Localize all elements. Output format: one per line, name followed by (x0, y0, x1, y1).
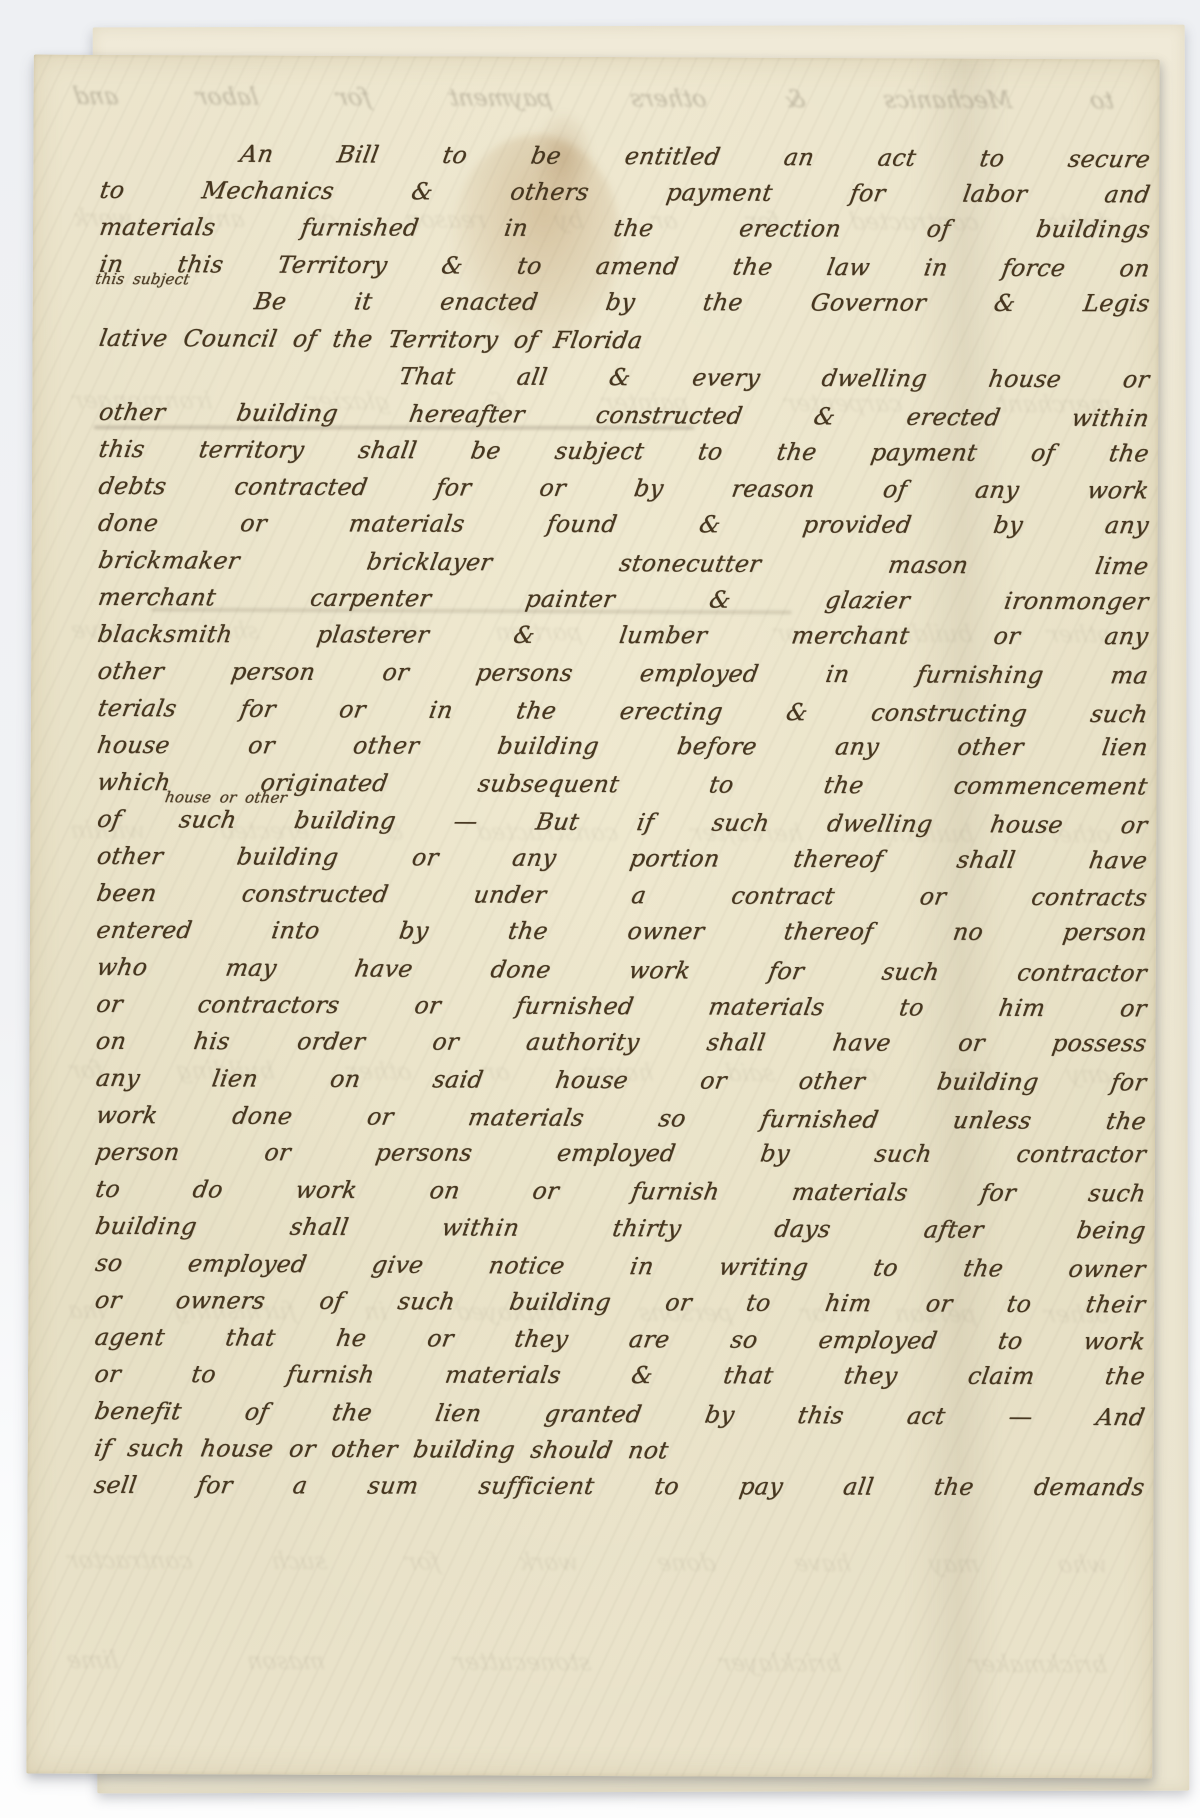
manuscript-line: merchant carpenter painter & glazier iro… (95, 579, 1151, 621)
manuscript-line: to Mechanics & others payment for labor … (97, 172, 1153, 214)
manuscript-page: to Mechanics & others payment for labor … (26, 55, 1159, 1779)
manuscript-line: blacksmith plasterer & lumber merchant o… (95, 616, 1151, 655)
manuscript-line: if such house or other building should n… (92, 1430, 1148, 1472)
manuscript-line: on his order or authority shall have or … (93, 1023, 1149, 1062)
manuscript-line: house or other building before any other… (95, 727, 1151, 766)
manuscript-line: been constructed under a contract or con… (94, 875, 1150, 917)
manuscript-line: person or persons employed by such contr… (93, 1134, 1149, 1173)
manuscript-line: or to furnish materials & that they clai… (92, 1356, 1148, 1395)
manuscript-line: agent that he or they are so employed to… (92, 1319, 1148, 1361)
manuscript-line: other person or persons employed in furn… (95, 653, 1151, 695)
manuscript-line: materials furnished in the erection of b… (97, 209, 1153, 248)
manuscript-line: sell for a sum sufficient to pay all the… (91, 1467, 1147, 1506)
manuscript-line: or owners of such building or to him or … (92, 1282, 1148, 1324)
manuscript-line: That all & every dwelling house or (96, 357, 1152, 399)
manuscript-line: this territory shall be subject to the p… (96, 431, 1152, 473)
manuscript-text: An Bill to be entitled an act to securet… (91, 135, 1147, 1509)
manuscript-line: done or materials found & provided by an… (96, 505, 1152, 544)
manuscript-line: entered into by the owner thereof no per… (94, 912, 1150, 951)
manuscript-line: to do work on or furnish materials for s… (93, 1171, 1149, 1213)
manuscript-line: or contractors or furnished materials to… (94, 986, 1150, 1028)
manuscript-line: lative Council of the Territory of Flori… (96, 320, 1152, 362)
manuscript-line: debts contracted for or by reason of any… (96, 468, 1152, 510)
scanned-document-view: to Mechanics & others payment for labor … (0, 0, 1200, 1818)
manuscript-line: any lien on said house or other building… (93, 1060, 1149, 1102)
manuscript-line: building shall within thirty days after … (93, 1208, 1149, 1250)
manuscript-line: other building or any portion thereof sh… (94, 838, 1150, 880)
manuscript-line: in this Territory & to amend the law in … (97, 246, 1153, 288)
manuscript-line: Be it enacted by the Governor & Legis (97, 283, 1153, 322)
